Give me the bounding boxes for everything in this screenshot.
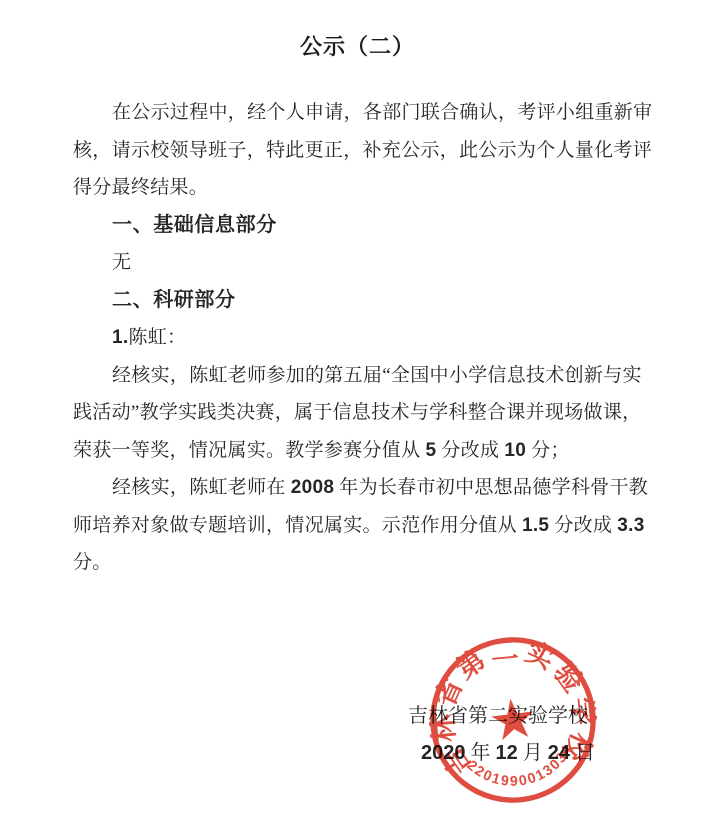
paragraph-line: 分。 xyxy=(73,544,653,582)
seal-star-icon: ★ xyxy=(485,687,542,754)
paragraph-line: 经核实，陈虹老师参加的第五届“全国中小学信息技术创新与实 xyxy=(73,357,653,395)
school-seal: 吉林省第二实验学校 2201990013034 ★ xyxy=(414,621,612,819)
section-content-none: 无 xyxy=(73,244,653,282)
paragraph-line: 践活动”教学实践类决赛，属于信息技术与学科整合课并现场做课， xyxy=(73,394,653,432)
paragraph-line: 得分最终结果。 xyxy=(73,169,653,207)
paragraph-line: 在公示过程中，经个人申请，各部门联合确认，考评小组重新审 xyxy=(73,94,653,132)
paragraph-line: 荣获一等奖，情况属实。教学参赛分值从 5 分改成 10 分； xyxy=(73,432,653,470)
item-label: 1.陈虹： xyxy=(73,319,653,357)
section-heading-research: 二、科研部分 xyxy=(73,282,653,320)
paragraph-line: 经核实，陈虹老师在 2008 年为长春市初中思想品德学科骨干教 xyxy=(73,469,653,507)
paragraph-line: 师培养对象做专题培训，情况属实。示范作用分值从 1.5 分改成 3.3 xyxy=(73,507,653,545)
page-title: 公示（二） xyxy=(0,30,715,61)
section-heading-basic-info: 一、基础信息部分 xyxy=(73,207,653,245)
document-body: 在公示过程中，经个人申请，各部门联合确认，考评小组重新审 核，请示校领导班子，特… xyxy=(73,94,653,582)
paragraph-line: 核，请示校领导班子，特此更正，补充公示，此公示为个人量化考评 xyxy=(73,132,653,170)
